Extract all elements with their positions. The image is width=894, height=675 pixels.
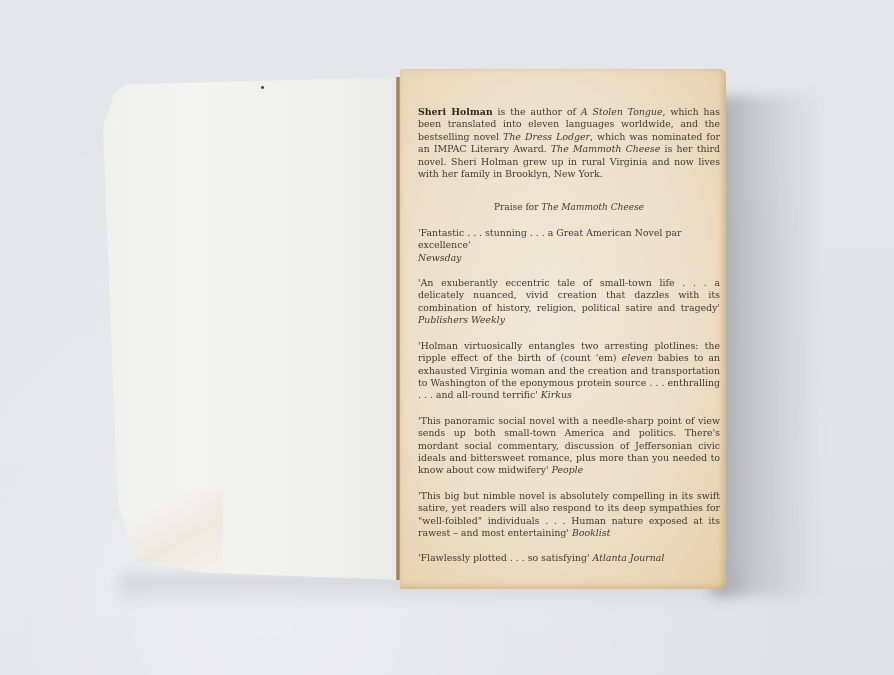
page-speck [261, 86, 264, 89]
quote-source: Kirkus [541, 390, 572, 401]
left-page-blank [103, 77, 400, 580]
author-name: Sheri Holman [418, 107, 493, 118]
quote-source: Booklist [572, 528, 610, 539]
quote-source: Atlanta Journal [593, 553, 665, 564]
quote-source: People [552, 465, 584, 476]
quote-newsday: 'Fantastic . . . stunning . . . a Great … [418, 228, 720, 265]
book-title: The Mammoth Cheese [551, 144, 660, 155]
book-title: The Dress Lodger [503, 132, 590, 143]
author-bio: Sheri Holman is the author of A Stolen T… [418, 107, 720, 181]
quote-publishers-weekly: 'An exuberantly eccentric tale of small-… [418, 278, 720, 328]
quote-people: 'This panoramic social novel with a need… [418, 416, 720, 478]
page-content: Sheri Holman is the author of A Stolen T… [418, 107, 720, 579]
quote-source: Newsday [418, 253, 461, 264]
quote-source: Publishers Weekly [418, 315, 505, 326]
praise-heading: Praise for The Mammoth Cheese [418, 202, 720, 214]
right-page: Sheri Holman is the author of A Stolen T… [400, 69, 726, 589]
book-title: A Stolen Tongue [581, 107, 663, 118]
book-shadow [712, 96, 822, 596]
quote-booklist: 'This big but nimble novel is absolutely… [418, 491, 720, 541]
quote-atlanta-journal: 'Flawlessly plotted . . . so satisfying'… [418, 553, 720, 565]
quote-kirkus: 'Holman virtuosically entangles two arre… [418, 341, 720, 403]
